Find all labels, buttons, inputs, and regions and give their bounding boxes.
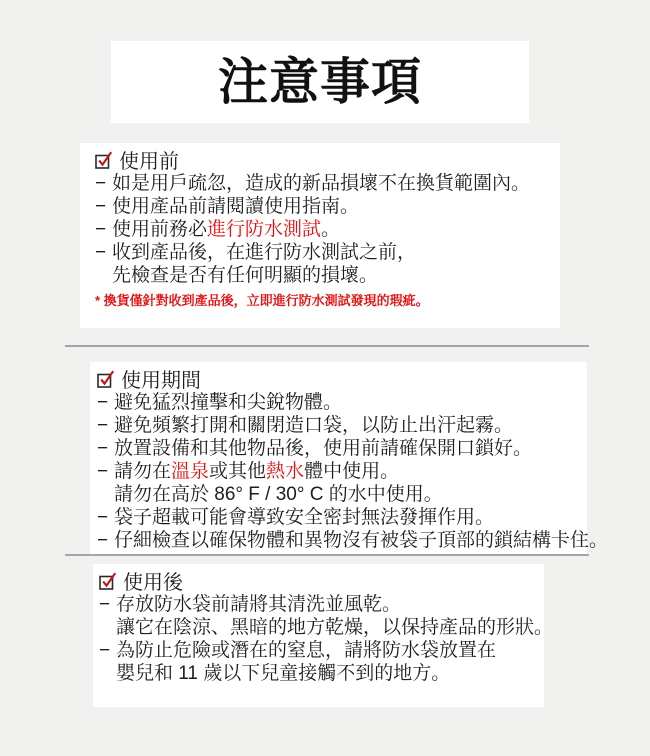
item-text: 避免頻繁打開和關閉造口袋，以防止出汗起霧。 bbox=[114, 415, 513, 436]
section-heading: 使用期間 bbox=[97, 366, 579, 391]
title-panel: 注意事項 bbox=[111, 41, 529, 123]
footnote: * 換貨僅針對收到產品後，立即進行防水測試發現的瑕疵。 bbox=[95, 292, 550, 310]
list-item: − 袋子超載可能會導致安全密封無法發揮作用。 bbox=[97, 506, 579, 529]
page-title: 注意事項 bbox=[218, 57, 422, 107]
list-item: − 避免頻繁打開和關閉造口袋，以防止出汗起霧。 bbox=[97, 414, 579, 437]
bullet-dash: − bbox=[97, 506, 114, 529]
list-item-continuation: 先檢查是否有任何明顯的損壞。 bbox=[95, 264, 550, 287]
bullet-dash: − bbox=[95, 241, 112, 264]
bullet-dash: − bbox=[95, 218, 112, 241]
list-item-continuation: 請勿在高於 86° F / 30° C 的水中使用。 bbox=[97, 483, 579, 506]
item-text: 避免猛烈撞擊和尖銳物體。 bbox=[114, 392, 342, 413]
checked-checkbox-icon bbox=[97, 369, 115, 389]
list-item: − 收到產品後，在進行防水測試之前， bbox=[95, 241, 550, 264]
list-item: − 如是用戶疏忽，造成的新品損壞不在換貨範圍內。 bbox=[95, 172, 550, 195]
section-heading: 使用前 bbox=[95, 147, 550, 172]
list-item: − 使用前務必進行防水測試。 bbox=[95, 218, 550, 241]
item-text-highlight: 進行防水測試 bbox=[207, 219, 321, 240]
bullet-dash: − bbox=[99, 639, 116, 662]
item-text: 仔細檢查以確保物體和異物沒有被袋子頂部的鎖結構卡住。 bbox=[114, 530, 608, 551]
bullet-dash: − bbox=[99, 593, 116, 616]
list-item-continuation: 嬰兒和 11 歲以下兒童接觸不到的地方。 bbox=[99, 662, 536, 685]
item-text: 袋子超載可能會導致安全密封無法發揮作用。 bbox=[114, 507, 494, 528]
list-item: − 存放防水袋前請將其清洗並風乾。 bbox=[99, 593, 536, 616]
section-heading-label: 使用期間 bbox=[121, 364, 201, 393]
bullet-dash: − bbox=[97, 414, 114, 437]
bullet-dash: − bbox=[97, 529, 114, 552]
item-text: 存放防水袋前請將其清洗並風乾。 bbox=[116, 594, 401, 615]
item-text: 請勿在高於 86° F / 30° C 的水中使用。 bbox=[114, 484, 443, 505]
item-text: 收到產品後，在進行防水測試之前， bbox=[112, 242, 416, 263]
item-text: 體中使用。 bbox=[304, 461, 399, 482]
item-text: 使用前務必 bbox=[112, 219, 207, 240]
item-text: 或其他 bbox=[209, 461, 266, 482]
bullet-dash: − bbox=[97, 437, 114, 460]
bullet-dash: − bbox=[97, 391, 114, 414]
list-item: − 請勿在溫泉或其他熱水體中使用。 bbox=[97, 460, 579, 483]
bullet-dash: − bbox=[95, 195, 112, 218]
bullet-dash: − bbox=[95, 172, 112, 195]
item-text: 放置設備和其他物品後，使用前請確保開口鎖好。 bbox=[114, 438, 532, 459]
list-item: − 為防止危險或潛在的窒息，請將防水袋放置在 bbox=[99, 639, 536, 662]
section-heading-label: 使用後 bbox=[123, 566, 183, 595]
section-before-use: 使用前 − 如是用戶疏忽，造成的新品損壞不在換貨範圍內。 − 使用產品前請閱讀使… bbox=[80, 143, 560, 328]
checked-checkbox-icon bbox=[95, 150, 113, 170]
item-text-highlight: 溫泉 bbox=[171, 461, 209, 482]
item-text: 使用產品前請閱讀使用指南。 bbox=[112, 196, 359, 217]
list-item: − 放置設備和其他物品後，使用前請確保開口鎖好。 bbox=[97, 437, 579, 460]
list-item-continuation: 讓它在陰涼、黑暗的地方乾燥，以保持產品的形狀。 bbox=[99, 616, 536, 639]
divider bbox=[65, 554, 589, 556]
section-after-use: 使用後 − 存放防水袋前請將其清洗並風乾。 讓它在陰涼、黑暗的地方乾燥，以保持產… bbox=[93, 564, 544, 707]
section-heading-label: 使用前 bbox=[119, 145, 179, 174]
list-item: − 避免猛烈撞擊和尖銳物體。 bbox=[97, 391, 579, 414]
item-text: 為防止危險或潛在的窒息，請將防水袋放置在 bbox=[116, 640, 496, 661]
item-text: 如是用戶疏忽，造成的新品損壞不在換貨範圍內。 bbox=[112, 173, 530, 194]
item-text: 讓它在陰涼、黑暗的地方乾燥，以保持產品的形狀。 bbox=[116, 617, 553, 638]
divider bbox=[65, 345, 589, 347]
item-text: 先檢查是否有任何明顯的損壞。 bbox=[112, 265, 378, 286]
item-text: 請勿在 bbox=[114, 461, 171, 482]
item-text: 。 bbox=[321, 219, 340, 240]
bullet-dash: − bbox=[97, 460, 114, 483]
section-during-use: 使用期間 − 避免猛烈撞擊和尖銳物體。 − 避免頻繁打開和關閉造口袋，以防止出汗… bbox=[90, 362, 587, 554]
item-text: 嬰兒和 11 歲以下兒童接觸不到的地方。 bbox=[116, 663, 450, 684]
checked-checkbox-icon bbox=[99, 571, 117, 591]
item-text-highlight: 熱水 bbox=[266, 461, 304, 482]
section-heading: 使用後 bbox=[99, 568, 536, 593]
list-item: − 使用產品前請閱讀使用指南。 bbox=[95, 195, 550, 218]
list-item: − 仔細檢查以確保物體和異物沒有被袋子頂部的鎖結構卡住。 bbox=[97, 529, 579, 552]
